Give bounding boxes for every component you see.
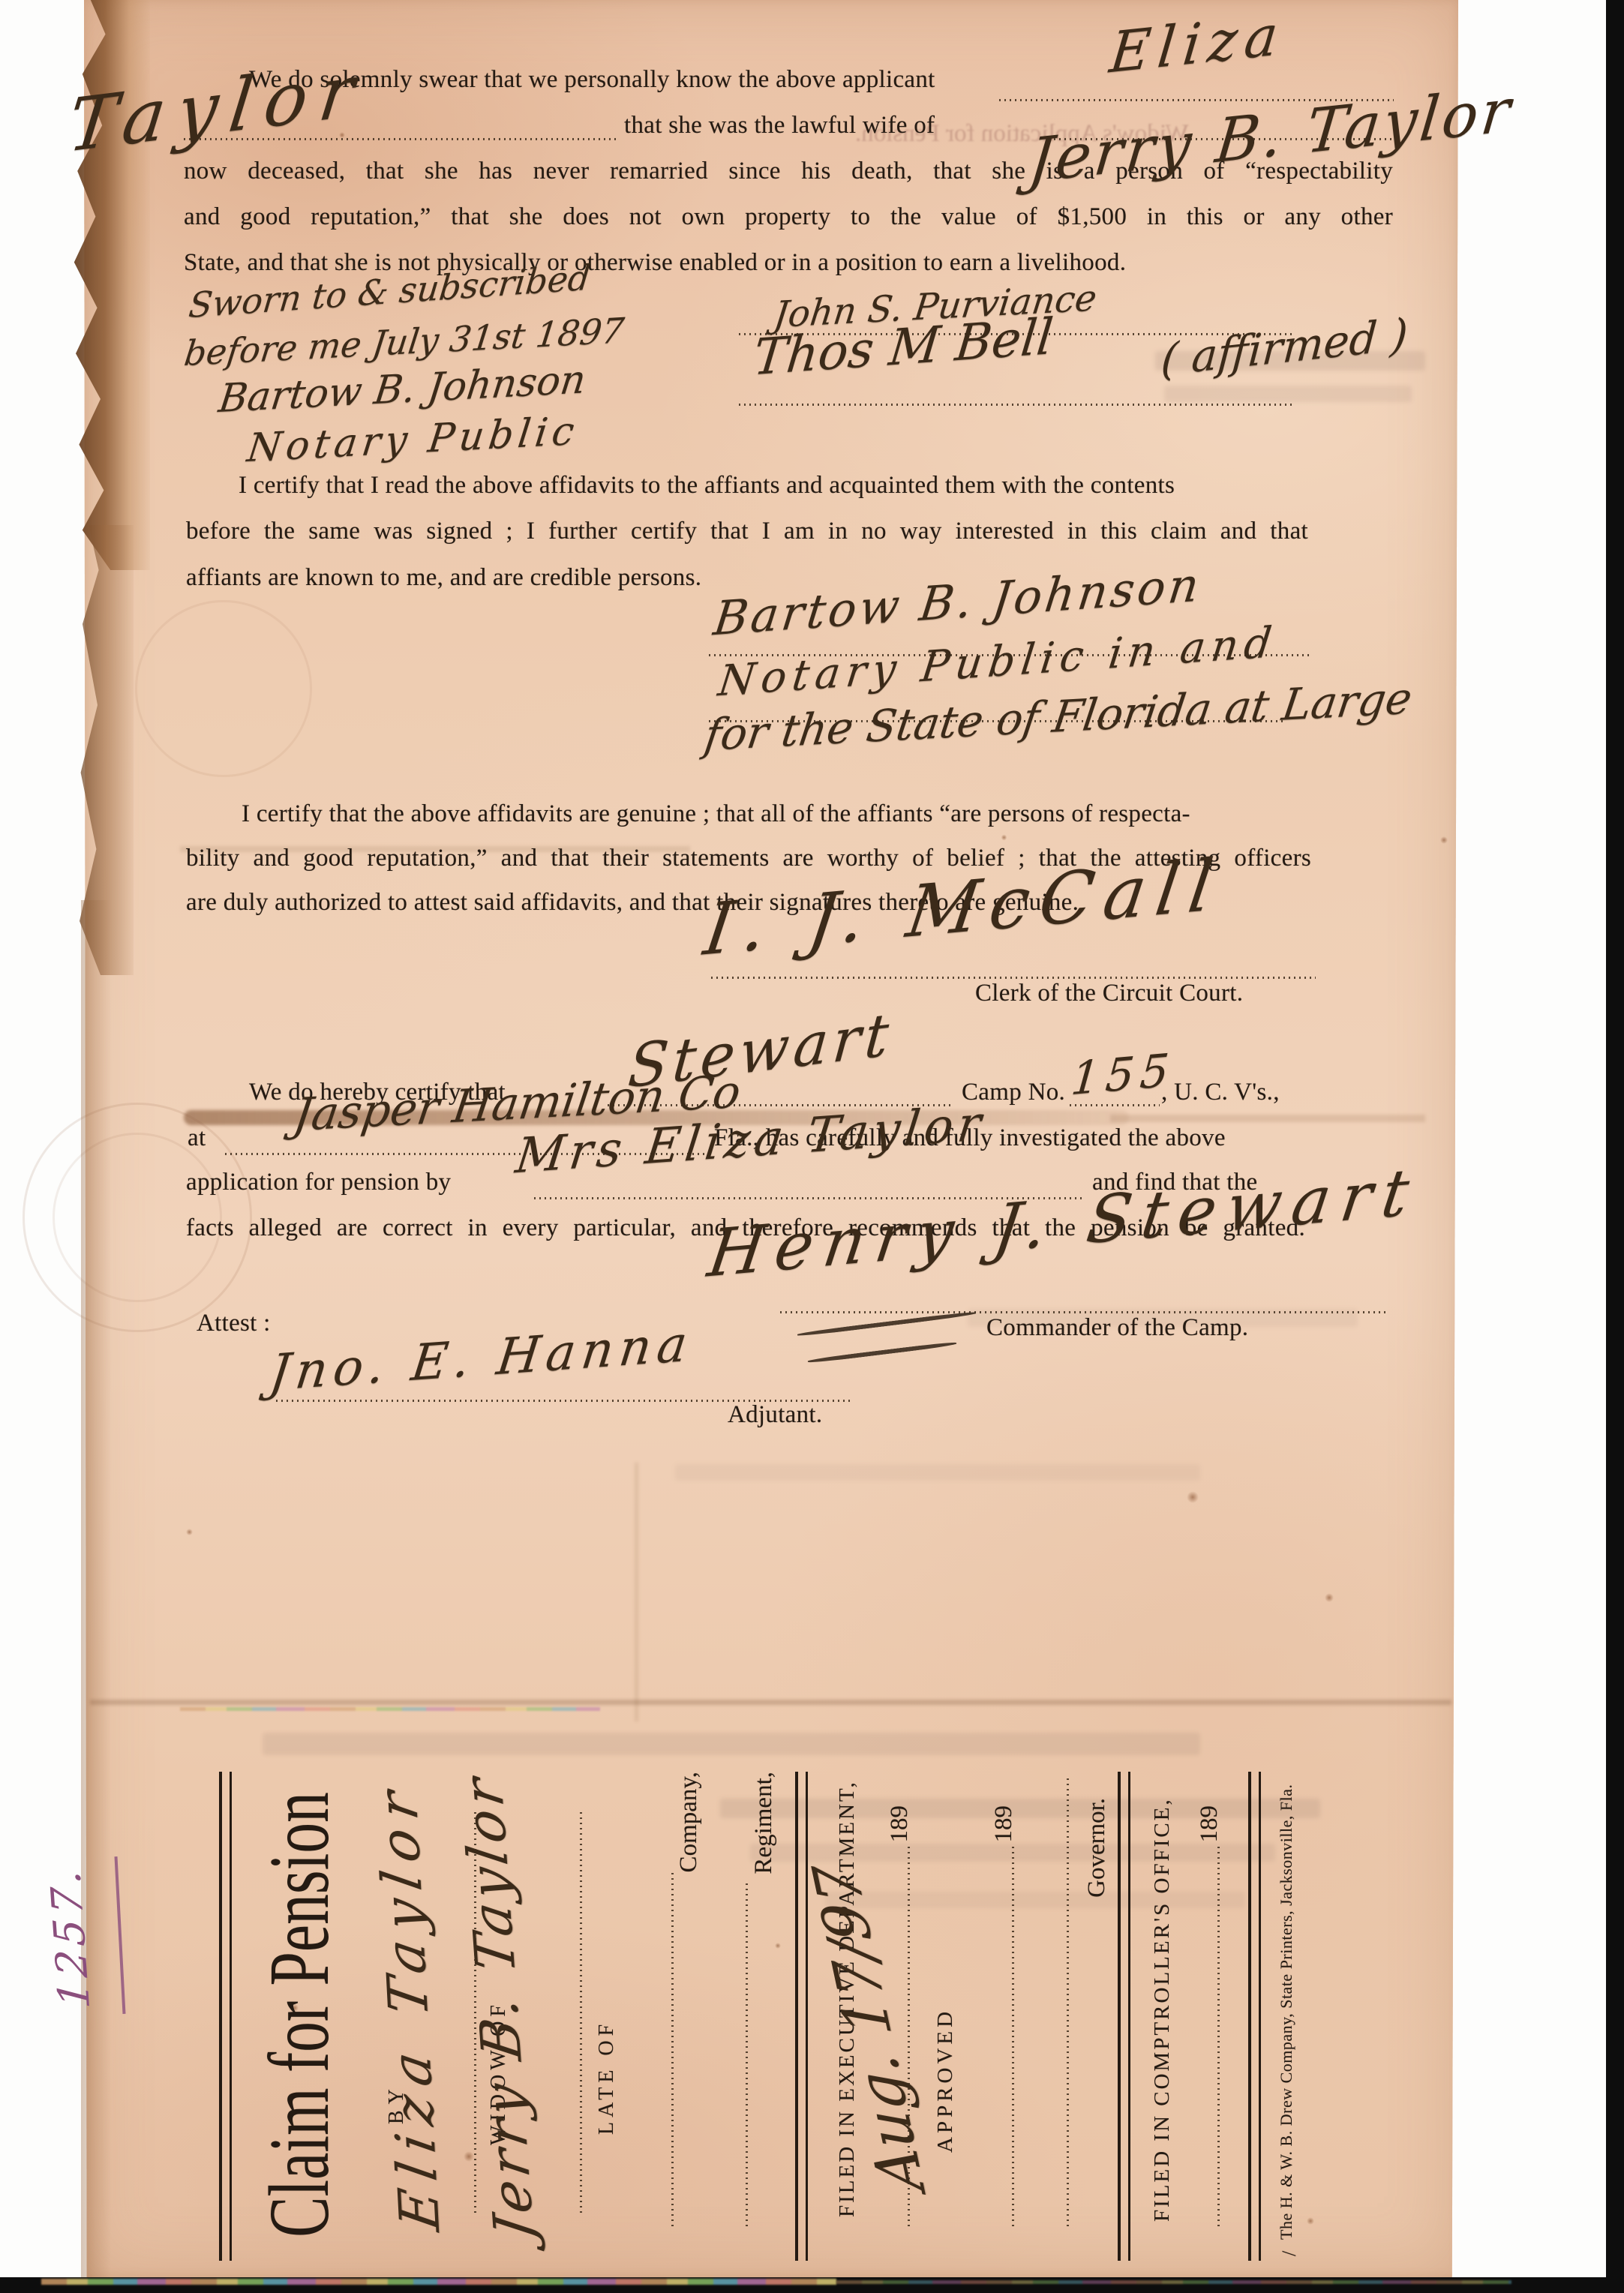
affidavit-line-4: and good reputation,” that she does not … (184, 203, 1393, 231)
docket-fill-line (671, 1872, 674, 2226)
reader-cert-line-2: before the same was signed ; I further c… (186, 518, 1308, 545)
stain-spot (186, 1529, 193, 1535)
docket-fill-line (1217, 1847, 1220, 2226)
docket-double-rule (1248, 1772, 1261, 2261)
docket-fill-line (1067, 1776, 1069, 2226)
docket-regiment-label: Regiment, (750, 1772, 778, 1874)
docket-handwritten-claimant: Eliza Taylor (365, 1777, 452, 2234)
camp-cert-line-1-suffix: , U. C. V's., (1161, 1079, 1280, 1106)
stain-spot (1325, 1593, 1334, 1602)
docket-filed-comptroller-label: FILED IN COMPTROLLER'S OFFICE, (1150, 1797, 1175, 2222)
reader-cert-line-3: affiants are known to me, and are credib… (186, 564, 701, 592)
scan-artifact-crease-rainbow (180, 1707, 600, 1711)
vertical-crease (635, 1463, 638, 1721)
docket-fill-line (746, 1880, 748, 2226)
docket-panel-rotated-content: Claim for Pension BY Eliza Taylor WIDOW … (219, 1764, 1307, 2265)
camp-cert-line-3-prefix: application for pension by (186, 1169, 451, 1196)
stain-spot (1187, 1491, 1199, 1503)
scan-artifact-rainbow-bottom (41, 2279, 836, 2285)
docket-fill-line (474, 1812, 476, 2213)
affidavit-line-5: State, and that she is not physically or… (184, 249, 1126, 277)
docket-printer-credit: The H. & W. B. Drew Company, State Print… (1277, 1784, 1296, 2240)
docket-handwritten-filed-date: Aug. 17/97 (799, 1866, 939, 2190)
docket-fill-line (908, 1847, 910, 2226)
fold-crease-stain-faint (1110, 1115, 1425, 1122)
docket-double-rule (219, 1772, 232, 2261)
camp-cert-line-2-prefix: at (188, 1124, 206, 1152)
docket-double-rule (1118, 1772, 1130, 2261)
stain-spot (1440, 836, 1448, 844)
ghost-strip (675, 1464, 1200, 1481)
clerk-title: Clerk of the Circuit Court. (975, 980, 1243, 1007)
stain-spot (1001, 834, 1007, 841)
handwritten-camp-number: 155 (1069, 1044, 1177, 1106)
docket-company-label: Company, (675, 1772, 703, 1872)
signature-line (739, 404, 1294, 406)
docket-printer-mark: / (1278, 2251, 1301, 2256)
affidavit-line-2: that she was the lawful wife of (624, 112, 935, 140)
ghost-strip (1164, 386, 1412, 402)
signature-line (711, 977, 1316, 979)
clerk-cert-line-1: I certify that the above affidavits are … (242, 800, 1190, 828)
docket-fill-line (580, 1812, 582, 2213)
fold-crease-lower (90, 1700, 1451, 1705)
docket-year-2: 189 (990, 1805, 1018, 1843)
docket-title: Claim for Pension (251, 1792, 349, 2237)
docket-handwritten-soldier: Jerry B. Taylor (450, 1770, 546, 2243)
docket-double-rule (795, 1772, 808, 2261)
ghost-strip (263, 1733, 1200, 1755)
scan-artifact-rainbow-bottom-faint (836, 2280, 1511, 2284)
scan-edge-right (1606, 0, 1624, 2293)
docket-year-3: 189 (1196, 1805, 1223, 1843)
attest-label: Attest : (197, 1310, 271, 1337)
docket-governor-label: Governor. (1083, 1798, 1111, 1898)
docket-late-of-label: LATE OF (595, 2020, 619, 2135)
embossed-seal-faint (135, 600, 312, 777)
stain-spot (1307, 2217, 1314, 2225)
docket-year-1: 189 (886, 1805, 914, 1843)
handwritten-case-number: 1257. (41, 1864, 100, 2009)
case-number-mark: 1257. (47, 1924, 144, 2104)
adjutant-title: Adjutant. (728, 1401, 822, 1429)
docket-fill-line (1012, 1847, 1014, 2226)
signature-line (780, 1311, 1386, 1313)
docket-panel: Claim for Pension BY Eliza Taylor WIDOW … (219, 1764, 1307, 2265)
docket-approved-label: APPROVED (933, 2008, 958, 2153)
commander-title: Commander of the Camp. (986, 1314, 1248, 1342)
reader-cert-line-1: I certify that I read the above affidavi… (239, 472, 1175, 500)
case-number-underline (115, 1856, 126, 2014)
